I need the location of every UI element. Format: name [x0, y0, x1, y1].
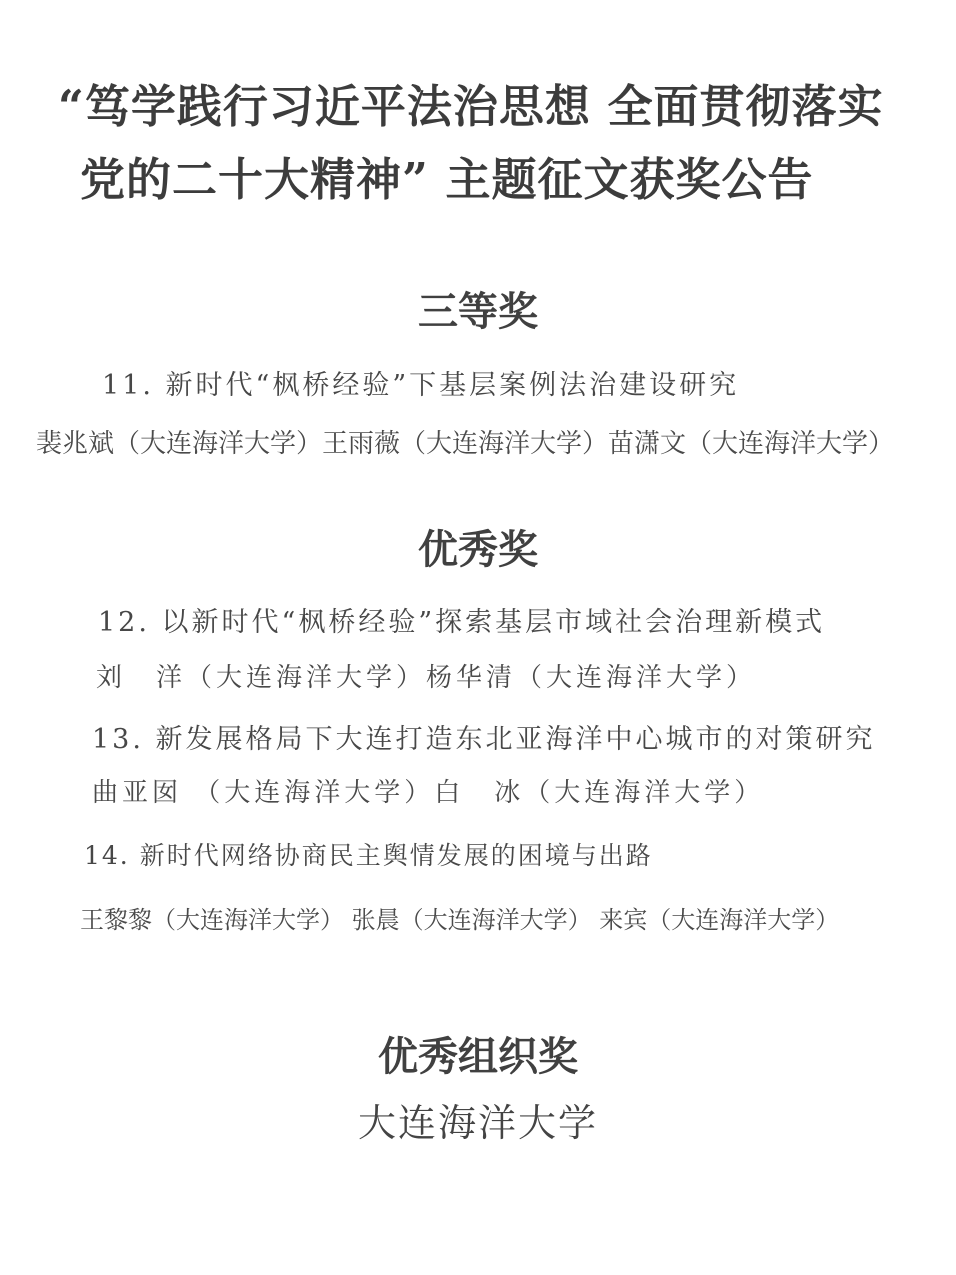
entry-authors-13: 曲亚囡 （大连海洋大学）白 冰（大连海洋大学） — [92, 772, 764, 809]
entry-title-14: 14. 新时代网络协商民主舆情发展的困境与出路 — [84, 836, 653, 872]
entry-title-12: 12. 以新时代“枫桥经验”探索基层市域社会治理新模式 — [98, 600, 825, 639]
entry-authors-12: 刘 洋（大连海洋大学）杨华清（大连海洋大学） — [96, 657, 756, 694]
entry-title-11: 11. 新时代“枫桥经验”下基层案例法治建设研究 — [102, 363, 739, 402]
entry-authors-11: 裴兆斌（大连海洋大学）王雨薇（大连海洋大学）苗潇文（大连海洋大学） — [36, 423, 894, 460]
entry-authors-14: 王黎黎（大连海洋大学） 张晨（大连海洋大学） 来宾（大连海洋大学） — [80, 900, 839, 935]
section-heading-third-prize: 三等奖 — [0, 280, 956, 337]
section-heading-excellence-prize: 优秀奖 — [0, 518, 956, 575]
document-title-line-1: “笃学践行习近平法治思想 全面贯彻落实 — [58, 70, 884, 135]
entry-title-13: 13. 新发展格局下大连打造东北亚海洋中心城市的对策研究 — [92, 717, 876, 756]
section-heading-organization-prize: 优秀组织奖 — [0, 1025, 956, 1082]
document-title-line-2: 党的二十大精神” 主题征文获奖公告 — [80, 143, 814, 208]
organization-winner: 大连海洋大学 — [0, 1092, 956, 1147]
